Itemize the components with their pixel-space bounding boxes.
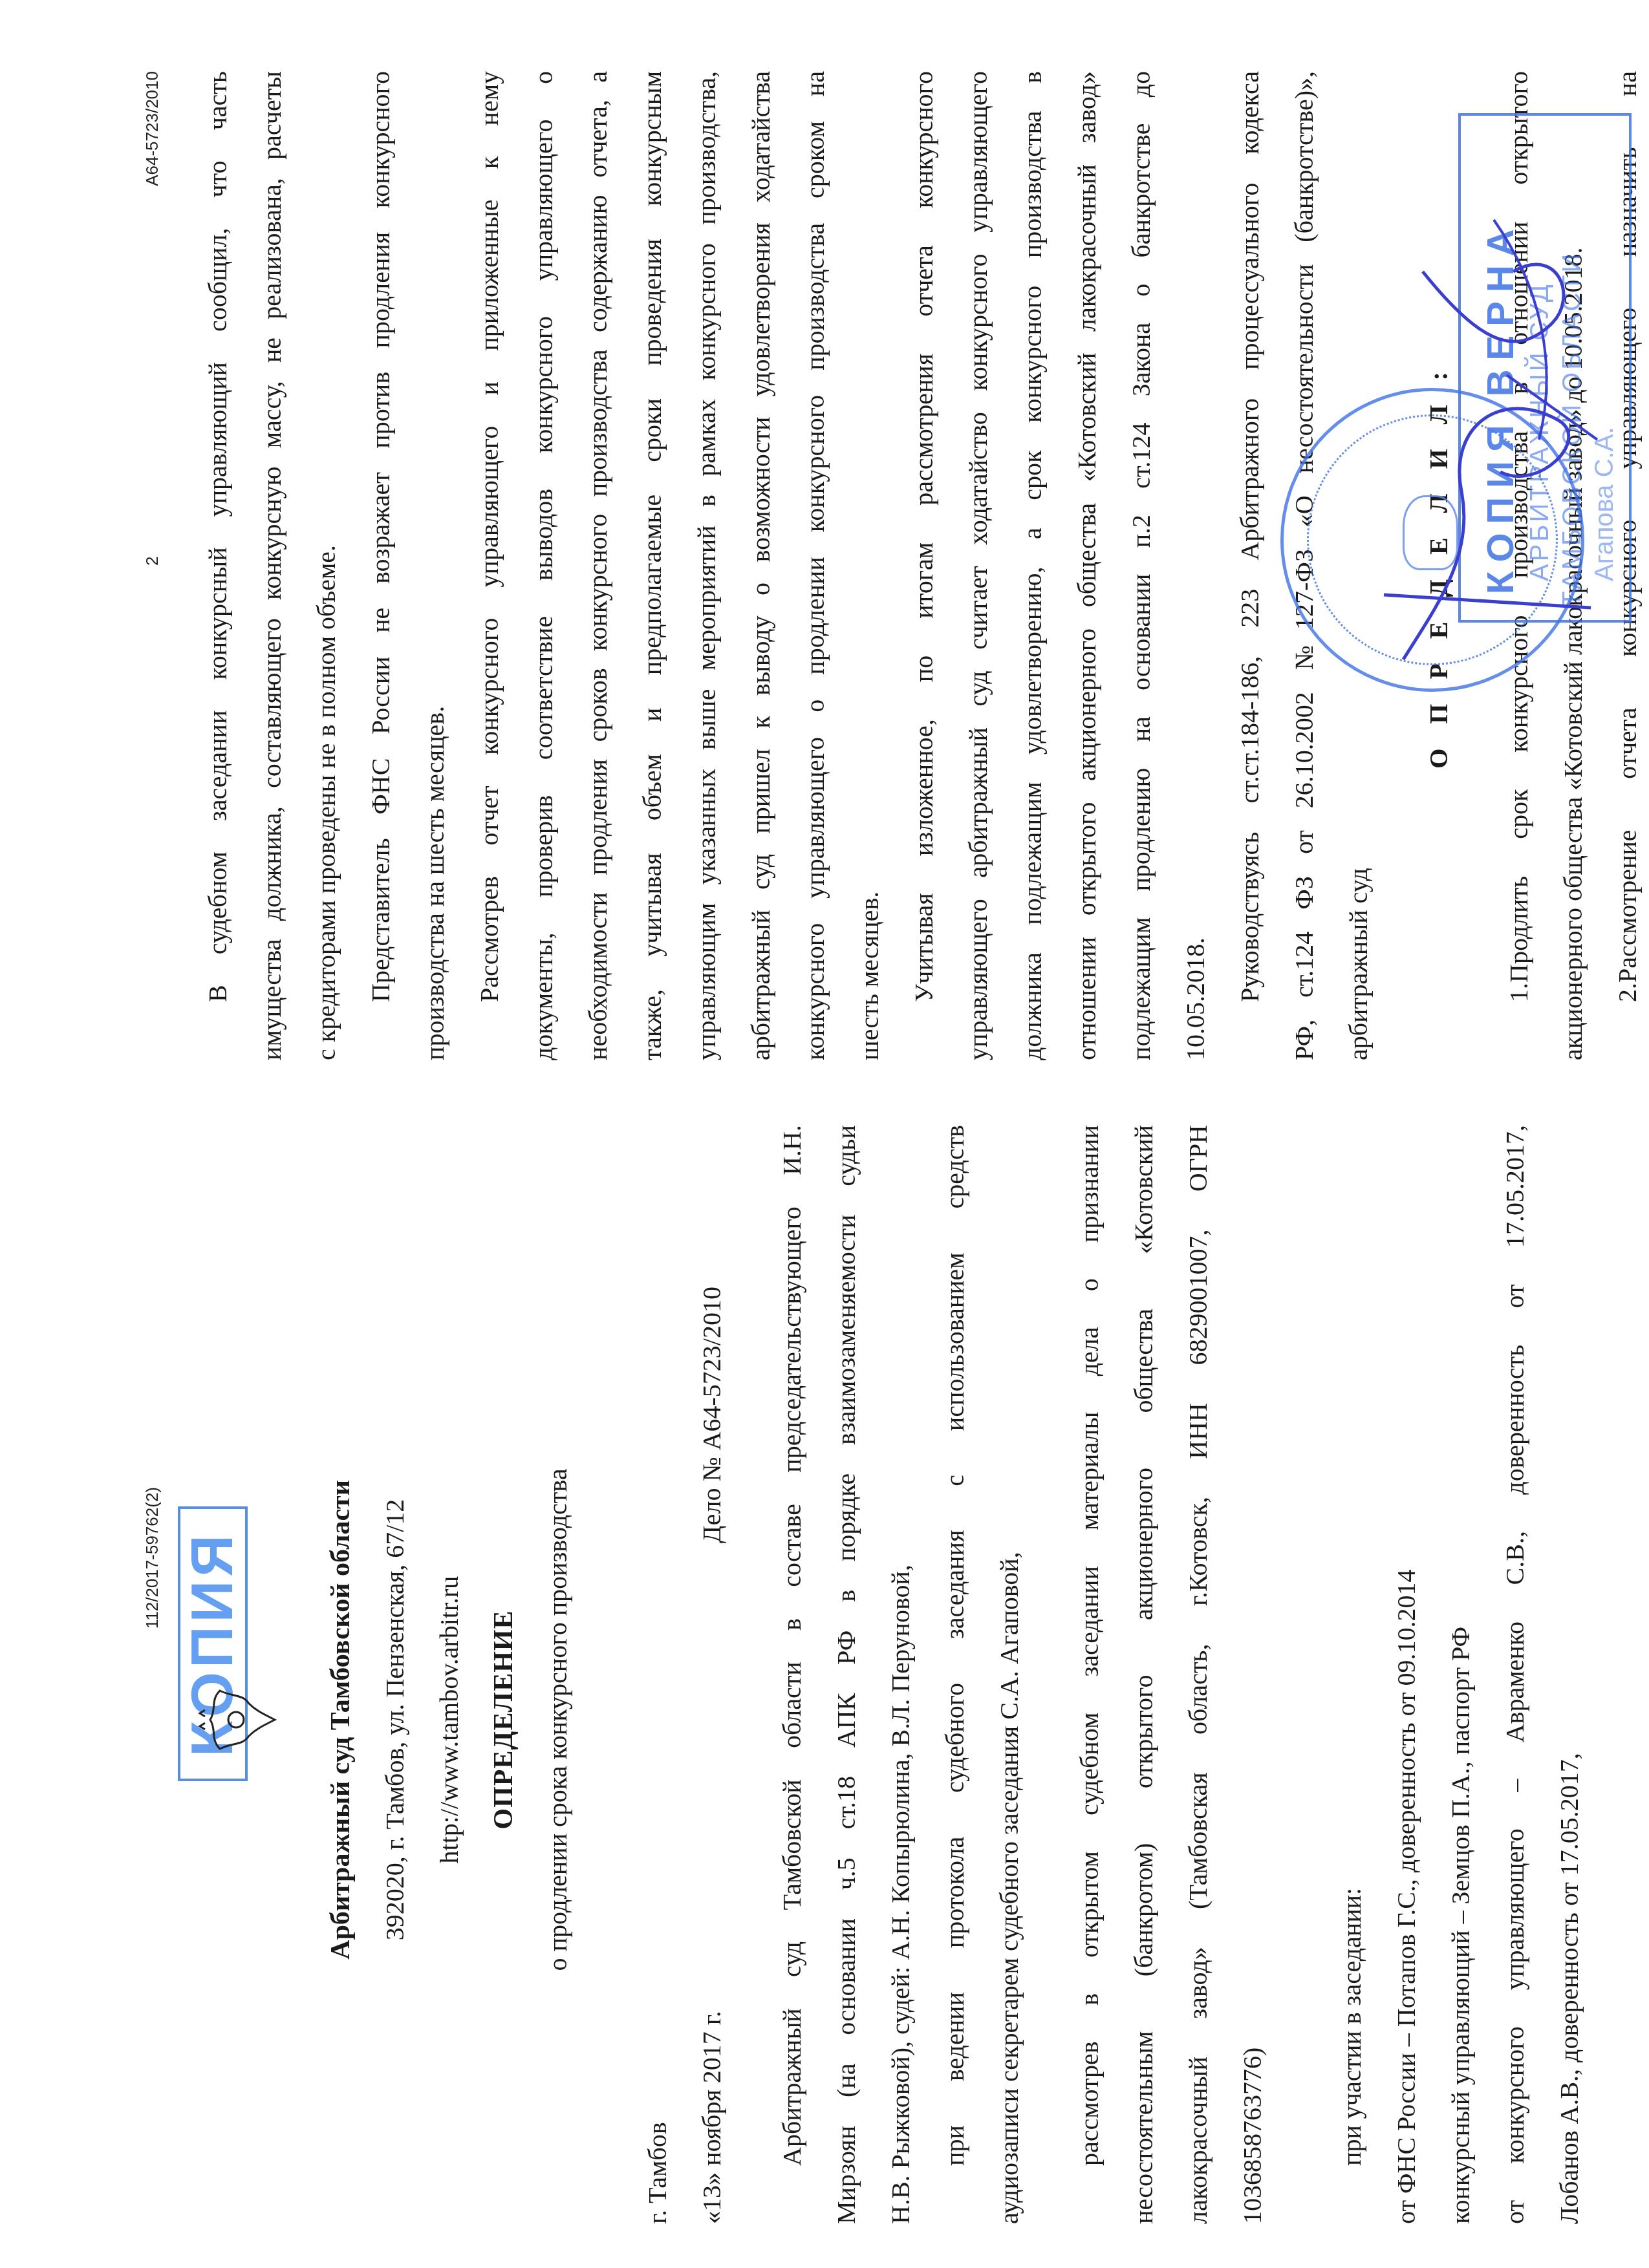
paragraph-line: Руководствуясь ст.ст.184-186, 223 Арбитр… (1223, 71, 1277, 1060)
paragraph-line: с кредиторами проведены не в полном объе… (299, 71, 354, 1060)
document-date: «13» ноября 2017 г. (685, 2011, 739, 2224)
participant-line: от ФНС России – Потапов Г.С., довереннос… (1379, 1125, 1434, 2224)
russian-coat-of-arms-icon (197, 1681, 281, 1759)
paragraph-line: необходимости продления сроков конкурсно… (571, 71, 625, 1060)
document-title: ОПРЕДЕЛЕНИЕ (477, 1125, 531, 2224)
court-address: 392020, г. Тамбов, ул. Пензенская, 67/12 (368, 1125, 422, 2224)
paragraph-line: документы, проверив соответствие выводов… (517, 71, 571, 1060)
city: г. Тамбов (630, 1125, 685, 2224)
certified-copy-stamp: КОПИЯ ВЕРНА АРБИТРАЖНЫЙ СУД ТАМБОВСКОЙ О… (1458, 113, 1632, 623)
participant-line: Лобанов А.В., доверенность от 17.05.2017… (1542, 1125, 1597, 2224)
considered-line: 1036858763776) (1225, 1125, 1280, 2224)
composition-line: Арбитражный суд Тамбовской области в сос… (765, 1125, 819, 2224)
paragraph-line: 10.05.2018. (1169, 71, 1223, 1060)
registration-number: 112/2017-59762(2) (133, 1487, 171, 1629)
page-2-header: 2 А64-5723/2010 (133, 71, 171, 1060)
considered-line: рассмотрев в открытом судебном заседании… (1062, 1125, 1117, 2224)
page-1: 112/2017-59762(2) КОПИЯ Арбитражный суд … (133, 1125, 1523, 2224)
case-number: Дело № А64-5723/2010 (685, 1287, 739, 1543)
paragraph-line: отношении открытого акционерного обществ… (1060, 71, 1114, 1060)
paragraph-line: управляющего арбитражный суд считает ход… (951, 71, 1006, 1060)
participants-heading: при участии в заседании: (1325, 1125, 1379, 2224)
paragraph-line: Представитель ФНС России не возражает пр… (354, 71, 408, 1060)
participant-line: от конкурсного управляющего – Авраменко … (1488, 1125, 1542, 2224)
paragraph-line: управляющим указанных выше мероприятий в… (680, 71, 734, 1060)
participant-line: конкурсный управляющий – Земцов П.А., па… (1434, 1125, 1488, 2224)
page-number: 2 (133, 557, 171, 566)
considered-line: лакокрасочный завод» (Тамбовская область… (1171, 1125, 1225, 2224)
date-case-row: «13» ноября 2017 г. Дело № А64-5723/2010 (685, 1125, 739, 2224)
court-website[interactable]: http://www.tambov.arbitr.ru (422, 1125, 477, 2224)
paragraph-line: Рассмотрев отчет конкурсного управляющег… (462, 71, 517, 1060)
paragraph-line: производства на шесть месяцев. (408, 71, 462, 1060)
stamp-line2: ТАМБОВСКОЙ ОБЛАСТИ (1558, 251, 1587, 607)
paragraph-line: должника подлежащим удовлетворению, а ср… (1006, 71, 1060, 1060)
paragraph-line: имущества должника, составляющего конкур… (245, 71, 299, 1060)
paragraph-line: также, учитывая объем и предполагаемые с… (625, 71, 680, 1060)
court-name: Арбитражный суд Тамбовской области (314, 1125, 368, 2224)
case-reference: А64-5723/2010 (133, 71, 171, 186)
paragraph-line: шесть месяцев. (843, 71, 897, 1060)
paragraph-line: В судебном заседании конкурсный управляю… (191, 71, 245, 1060)
document-subject: о продлении срока конкурсного производст… (531, 1125, 585, 2224)
composition-line: аудиозаписи секретарем судебного заседан… (982, 1125, 1037, 2224)
paragraph-line: Учитывая изложенное, по итогам рассмотре… (897, 71, 951, 1060)
eagle-emblem-icon (1403, 495, 1458, 570)
stamp-line1: АРБИТРАЖНЫЙ СУД (1525, 282, 1555, 581)
paragraph-line: арбитражный суд пришел к выводу о возмож… (734, 71, 788, 1060)
paragraph-line: подлежащим продлению на основании п.2 ст… (1114, 71, 1169, 1060)
stamp-title: КОПИЯ ВЕРНА (1479, 220, 1522, 594)
established-heading: установил: (1629, 1125, 1649, 2224)
considered-line: несостоятельным (банкротом) открытого ак… (1117, 1125, 1171, 2224)
composition-line: Мирзоян (на основании ч.5 ст.18 АПК РФ в… (819, 1125, 874, 2224)
paragraph-line: конкурсного управляющего о продлении кон… (788, 71, 843, 1060)
composition-line: Н.В. Рыжковой), судей: А.Н. Копырюлина, … (874, 1125, 928, 2224)
page-1-header: 112/2017-59762(2) (133, 1125, 171, 2224)
composition-line: при ведении протокола судебного заседани… (928, 1125, 982, 2224)
stamp-line3: Агапова С.А. (1590, 427, 1619, 582)
